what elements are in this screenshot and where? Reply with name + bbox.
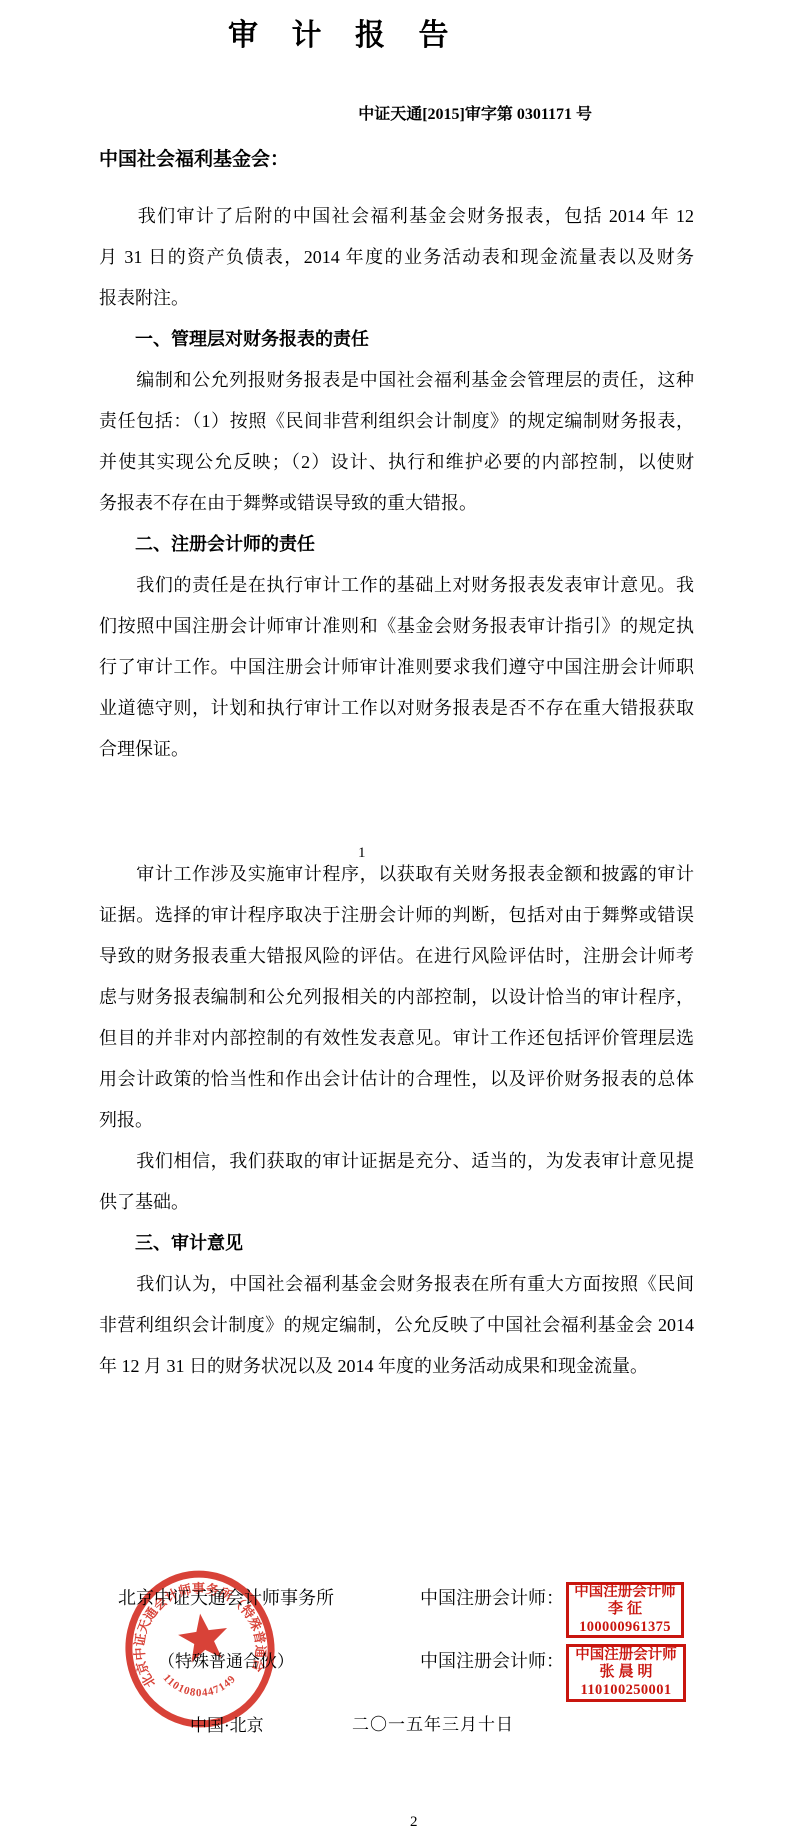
cpa-label-1: 中国注册会计师： <box>420 1585 564 1611</box>
text-line: 我们的责任是在执行审计工作的基础上对财务报表发表审计意见。我 <box>99 565 694 606</box>
report-body-page1: 我们审计了后附的中国社会福利基金会财务报表，包括 2014 年 12月 31 日… <box>99 196 694 770</box>
audit-report-page: 审 计 报 告 中证天通[2015]审字第 0301171 号 中国社会福利基金… <box>0 0 793 1848</box>
text-line: 虑与财务报表编制和公允列报相关的内部控制，以设计恰当的审计程序， <box>99 977 694 1018</box>
firm-seal-stamp: 北京中证天通会计师事务所（特殊普通合伙） 1101080447149 <box>121 1568 279 1730</box>
text-line: 报表附注。 <box>99 278 694 319</box>
cpa-stamp-li-zheng: 中国注册会计师 李征 100000961375 <box>566 1582 684 1638</box>
text-line: 一、管理层对财务报表的责任 <box>99 319 694 360</box>
cpa-label-2: 中国注册会计师： <box>420 1648 564 1674</box>
text-line: 我们审计了后附的中国社会福利基金会财务报表，包括 2014 年 12 <box>99 196 694 237</box>
addressee: 中国社会福利基金会： <box>99 147 289 173</box>
text-line: 非营利组织会计制度》的规定编制，公允反映了中国社会福利基金会 2014 <box>99 1305 694 1346</box>
text-line: 审计工作涉及实施审计程序，以获取有关财务报表金额和披露的审计 <box>99 854 694 895</box>
seal-number: 1101080447149 <box>160 1663 241 1705</box>
report-body-page2: 审计工作涉及实施审计程序，以获取有关财务报表金额和披露的审计证据。选择的审计程序… <box>99 854 694 1387</box>
text-line: 二、注册会计师的责任 <box>99 524 694 565</box>
text-line: 业道德守则，计划和执行审计工作以对财务报表是否不存在重大错报获取 <box>99 688 694 729</box>
cpa-stamp-zhang-chenming: 中国注册会计师 张晨明 110100250001 <box>566 1644 686 1702</box>
report-date: 二〇一五年三月十日 <box>352 1712 514 1738</box>
report-reference-number: 中证天通[2015]审字第 0301171 号 <box>358 101 592 124</box>
report-title: 审 计 报 告 <box>228 10 462 54</box>
text-line: 我们相信，我们获取的审计证据是充分、适当的，为发表审计意见提 <box>99 1141 694 1182</box>
text-line: 年 12 月 31 日的财务状况以及 2014 年度的业务活动成果和现金流量。 <box>99 1346 694 1387</box>
text-line: 导致的财务报表重大错报风险的评估。在进行风险评估时，注册会计师考 <box>99 936 694 977</box>
text-line: 证据。选择的审计程序取决于注册会计师的判断，包括对由于舞弊或错误 <box>99 895 694 936</box>
cpa-stamp-number: 100000961375 <box>569 1618 681 1636</box>
text-line: 编制和公允列报财务报表是中国社会福利基金会管理层的责任，这种 <box>99 360 694 401</box>
star-icon <box>176 1610 231 1663</box>
cpa-stamp-name: 张晨明 <box>569 1664 683 1681</box>
page-number-2: 2 <box>410 1814 418 1830</box>
cpa-stamp-title: 中国注册会计师 <box>569 1647 683 1664</box>
text-line: 月 31 日的资产负债表，2014 年度的业务活动表和现金流量表以及财务 <box>99 237 694 278</box>
text-line: 行了审计工作。中国注册会计师审计准则要求我们遵守中国注册会计师职 <box>99 647 694 688</box>
text-line: 供了基础。 <box>99 1182 694 1223</box>
text-line: 用会计政策的恰当性和作出会计估计的合理性，以及评价财务报表的总体 <box>99 1059 694 1100</box>
text-line: 并使其实现公允反映；（2）设计、执行和维护必要的内部控制，以使财 <box>99 442 694 483</box>
text-line: 列报。 <box>99 1100 694 1141</box>
text-line: 我们认为，中国社会福利基金会财务报表在所有重大方面按照《民间 <box>99 1264 694 1305</box>
text-line: 务报表不存在由于舞弊或错误导致的重大错报。 <box>99 483 694 524</box>
text-line: 三、审计意见 <box>99 1223 694 1264</box>
text-line: 但目的并非对内部控制的有效性发表意见。审计工作还包括评价管理层选 <box>99 1018 694 1059</box>
text-line: 们按照中国注册会计师审计准则和《基金会财务报表审计指引》的规定执 <box>99 606 694 647</box>
text-line: 合理保证。 <box>99 729 694 770</box>
cpa-stamp-name: 李征 <box>569 1601 681 1618</box>
cpa-stamp-number: 110100250001 <box>569 1681 683 1699</box>
text-line: 责任包括：（1）按照《民间非营利组织会计制度》的规定编制财务报表， <box>99 401 694 442</box>
svg-text:1101080447149: 1101080447149 <box>160 1663 241 1705</box>
cpa-stamp-title: 中国注册会计师 <box>569 1584 681 1601</box>
